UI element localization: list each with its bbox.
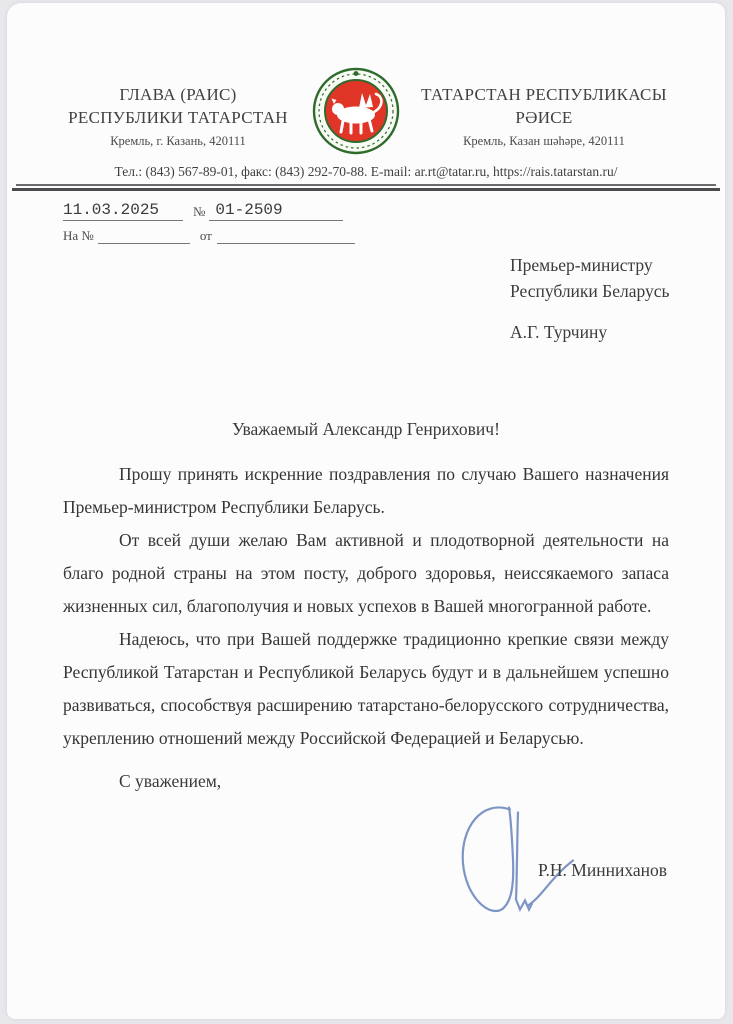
recipient-name: А.Г. Турчину — [510, 319, 725, 345]
paragraph-3: Надеюсь, что при Вашей поддержке традици… — [63, 623, 669, 755]
incoming-number-label: На № — [63, 228, 94, 244]
letterhead-tatar-block: ТАТАРСТАН РЕСПУБЛИКАСЫ РӘИСЕ Кремль, Каз… — [418, 83, 670, 149]
reference-incoming-row: На № от — [63, 228, 725, 244]
incoming-number-blank — [98, 243, 190, 244]
signature-area: Р.Н. Минниханов — [7, 794, 725, 944]
reference-block: 11.03.2025 № 01-2509 На № от — [63, 201, 725, 244]
org-address-ru: Кремль, г. Казань, 420111 — [62, 134, 294, 149]
recipient-block: Премьер-министру Республики Беларусь А.Г… — [510, 252, 725, 345]
org-name-ru-line1: ГЛАВА (РАИС) — [62, 83, 294, 106]
contact-info-line: Тел.: (843) 567-89-01, факс: (843) 292-7… — [7, 164, 725, 180]
number-sign-label: № — [193, 204, 205, 220]
reference-date-row: 11.03.2025 № 01-2509 — [63, 201, 725, 221]
letter-number: 01-2509 — [209, 201, 343, 221]
org-name-tt-line2: РӘИСЕ — [418, 106, 670, 129]
letterhead-divider-thick — [12, 188, 720, 191]
letter-date: 11.03.2025 — [63, 201, 183, 221]
paragraph-2: От всей души желаю Вам активной и плодот… — [63, 524, 669, 623]
recipient-title-line2: Республики Беларусь — [510, 278, 725, 304]
letterhead: ГЛАВА (РАИС) РЕСПУБЛИКИ ТАТАРСТАН Кремль… — [7, 3, 725, 155]
letter-body: Прошу принять искренние поздравления по … — [63, 458, 669, 755]
incoming-date-label: от — [200, 228, 212, 244]
org-address-tt: Кремль, Казан шәһәре, 420111 — [418, 134, 670, 149]
closing-phrase: С уважением, — [119, 771, 725, 792]
org-name-ru-line2: РЕСПУБЛИКИ ТАТАРСТАН — [62, 106, 294, 129]
salutation: Уважаемый Александр Генрихович! — [7, 419, 725, 440]
tatarstan-emblem-icon — [312, 67, 400, 155]
letter-document: ГЛАВА (РАИС) РЕСПУБЛИКИ ТАТАРСТАН Кремль… — [7, 3, 725, 1019]
recipient-title-line1: Премьер-министру — [510, 252, 725, 278]
incoming-date-blank — [217, 243, 355, 244]
org-name-tt-line1: ТАТАРСТАН РЕСПУБЛИКАСЫ — [418, 83, 670, 106]
paragraph-1: Прошу принять искренние поздравления по … — [63, 458, 669, 524]
letterhead-russian-block: ГЛАВА (РАИС) РЕСПУБЛИКИ ТАТАРСТАН Кремль… — [62, 83, 294, 149]
letterhead-divider-thin — [16, 184, 716, 186]
signer-name: Р.Н. Минниханов — [538, 860, 667, 881]
